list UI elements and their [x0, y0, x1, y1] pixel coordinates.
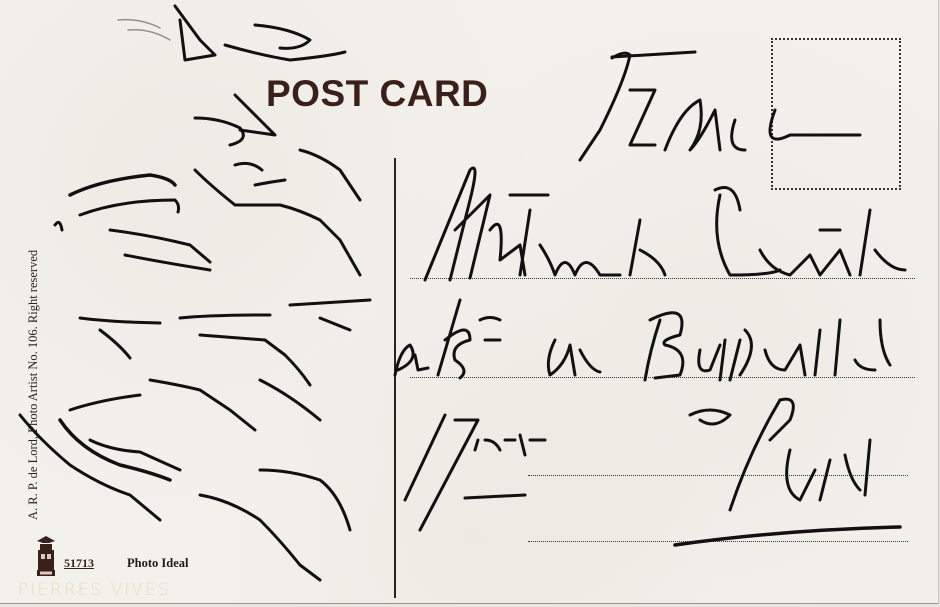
postmark-smudge	[118, 20, 170, 40]
address-handwriting-street	[395, 300, 890, 380]
postcard-back: POST CARD A. R. P. de Lord, Photo Artist…	[0, 0, 939, 604]
address-handwriting-france	[580, 52, 860, 160]
message-handwriting	[20, 6, 370, 580]
address-handwriting-name	[425, 168, 905, 280]
address-handwriting-arrondissement	[405, 415, 545, 530]
address-handwriting-city	[675, 399, 900, 545]
handwriting-ink	[0, 0, 940, 607]
